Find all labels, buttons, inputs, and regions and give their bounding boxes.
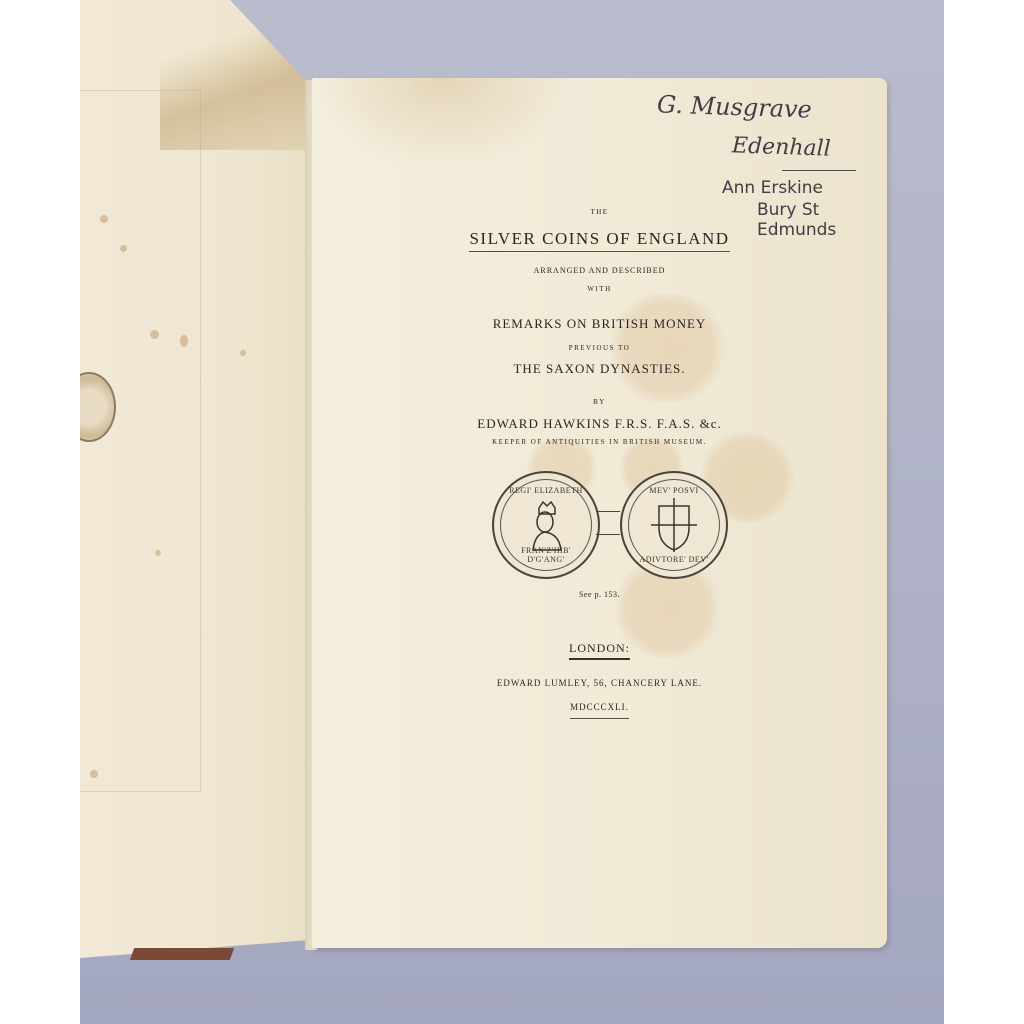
foxing-spot — [240, 350, 246, 356]
inscription-name-2: Ann Erskine — [722, 178, 823, 198]
inscription-rule — [782, 170, 856, 171]
imprint-place-text: LONDON: — [569, 641, 630, 660]
subtitle-previous: PREVIOUS TO — [312, 344, 887, 352]
reverse-legend-bottom: ADIVTORE' DEV' — [631, 555, 717, 564]
imprint-place: LONDON: — [312, 641, 887, 660]
subtitle-with: WITH — [312, 285, 887, 293]
subtitle-arranged: ARRANGED AND DESCRIBED — [312, 266, 887, 275]
shield-cross-icon — [651, 498, 697, 552]
book-title: SILVER COINS OF ENGLAND — [312, 229, 887, 252]
imprint-year-text: MDCCCXLI. — [570, 702, 629, 719]
title-the: THE — [312, 208, 887, 216]
left-endpaper — [80, 0, 310, 960]
byline-by: BY — [312, 398, 887, 406]
foxing-spot — [100, 215, 108, 223]
reverse-legend-top: MEV' POSVI — [631, 486, 717, 495]
queen-portrait-icon — [529, 500, 565, 552]
foxing-spot — [120, 245, 127, 252]
foxing-spot — [155, 550, 161, 556]
book-title-text: SILVER COINS OF ENGLAND — [469, 229, 729, 252]
foxing-spot — [150, 330, 159, 339]
coin-illustration: REGI' ELIZABETH FRAN'Z'HIB' D'G'ANG' MEV… — [492, 471, 732, 579]
foxing-spot — [180, 335, 188, 347]
inscription-name: G. Musgrave — [657, 90, 813, 123]
author-name: EDWARD HAWKINS F.R.S. F.A.S. &c. — [312, 416, 887, 432]
illustration-caption: See p. 153. — [312, 590, 887, 599]
subtitle-remarks: REMARKS ON BRITISH MONEY — [312, 316, 887, 332]
leather-binding-edge — [130, 948, 234, 960]
title-page: G. Musgrave Edenhall Ann Erskine Bury St… — [312, 78, 887, 948]
subtitle-saxon: THE SAXON DYNASTIES. — [312, 361, 887, 377]
coin-connector — [596, 511, 620, 535]
coin-reverse-icon: MEV' POSVI ADIVTORE' DEV' — [620, 471, 728, 579]
book-photo: G. Musgrave Edenhall Ann Erskine Bury St… — [80, 0, 944, 1024]
water-stain — [312, 78, 572, 168]
coin-obverse-icon: REGI' ELIZABETH FRAN'Z'HIB' D'G'ANG' — [492, 471, 600, 579]
obverse-legend-top: REGI' ELIZABETH — [503, 486, 589, 495]
imprint-year: MDCCCXLI. — [312, 702, 887, 719]
plate-mark — [80, 90, 201, 792]
author-role: KEEPER OF ANTIQUITIES IN BRITISH MUSEUM. — [312, 438, 887, 446]
imprint-publisher: EDWARD LUMLEY, 56, CHANCERY LANE. — [312, 678, 887, 688]
inscription-place: Edenhall — [732, 133, 832, 161]
foxing-spot — [90, 770, 98, 778]
